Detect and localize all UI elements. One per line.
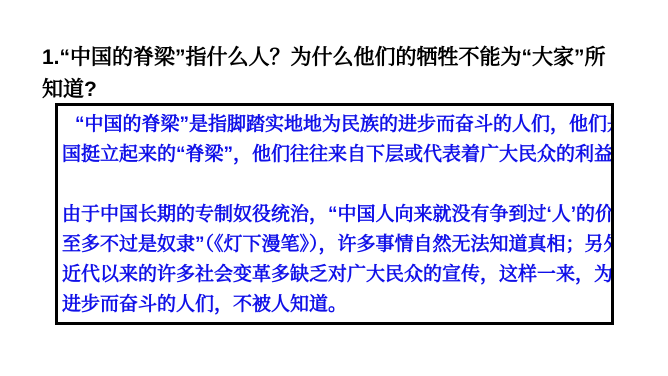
slide: 1.“中国的脊梁”指什么人？为什么他们的牺牲不能为“大家”所 知道? “中国的脊… <box>0 0 668 376</box>
question-title-line-1: 1.“中国的脊梁”指什么人？为什么他们的牺牲不能为“大家”所 <box>42 42 642 74</box>
answer-p2-line-4: 进步而奋斗的人们，不被人知道。 <box>62 290 611 320</box>
answer-box: “中国的脊梁”是指脚踏实地地为民族的进步而奋斗的人们，他们是使中 国挺立起来的“… <box>55 103 614 325</box>
question-title-line-2: 知道? <box>42 74 642 106</box>
answer-p2-line-2: 至多不过是奴隶”（《灯下漫笔》），许多事情自然无法知道真相；另外， <box>62 230 611 260</box>
answer-paragraph-2: 由于中国长期的专制奴役统治，“中国人向来就没有争到过‘人’的价值， 至多不过是奴… <box>62 200 611 320</box>
answer-p2-line-3: 近代以来的许多社会变革多缺乏对广大民众的宣传，这样一来，为民族的 <box>62 260 611 290</box>
question-title: 1.“中国的脊梁”指什么人？为什么他们的牺牲不能为“大家”所 知道? <box>42 42 642 106</box>
answer-paragraph-1: “中国的脊梁”是指脚踏实地地为民族的进步而奋斗的人们，他们是使中 国挺立起来的“… <box>62 110 611 170</box>
answer-p2-line-1: 由于中国长期的专制奴役统治，“中国人向来就没有争到过‘人’的价值， <box>62 200 611 230</box>
answer-p1-line-2: 国挺立起来的“脊梁”，他们往往来自下层或代表着广大民众的利益。 <box>62 140 611 170</box>
answer-p1-line-1: “中国的脊梁”是指脚踏实地地为民族的进步而奋斗的人们，他们是使中 <box>62 110 611 140</box>
